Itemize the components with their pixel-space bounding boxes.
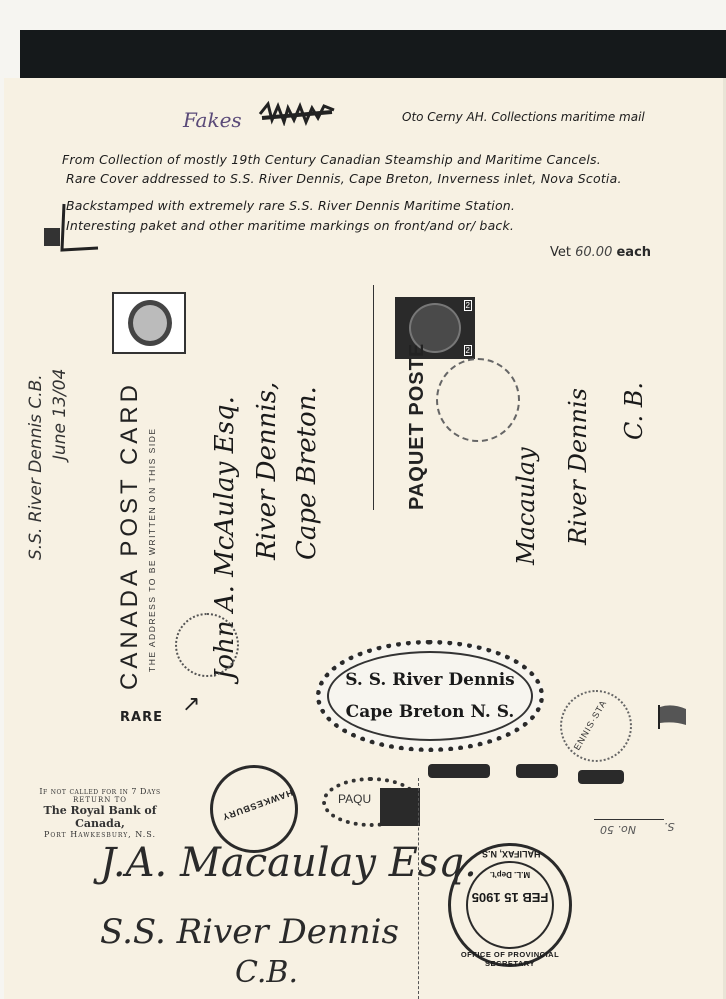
bank-line-1: If not called for in 7 Days	[20, 787, 180, 796]
arrow-icon: ↗	[182, 692, 200, 717]
redaction-bar	[516, 764, 558, 778]
price-prefix: Vet	[550, 245, 571, 260]
cover-stamp-partial	[380, 788, 420, 826]
side-note-date: June 13/04	[50, 369, 70, 460]
cachet-line-2: Cape Breton N. S.	[346, 702, 515, 722]
paquet-address-line-3: C. B.	[620, 382, 648, 440]
cover-edge	[418, 778, 420, 999]
scribbled-out-text-icon	[258, 100, 336, 126]
signature-line-1: J.A. Macaulay Esq.	[100, 840, 477, 886]
collection-note: Oto Cerny AH. Collections maritime mail	[402, 110, 645, 124]
bracket-mark-icon	[42, 200, 102, 256]
price-note: Vet 60.00 each	[550, 245, 651, 260]
cover-fold-line	[373, 285, 374, 510]
postcard-address-line-2: River Dennis,	[252, 382, 282, 560]
flag-icon	[656, 703, 688, 731]
river-dennis-cancel	[175, 613, 239, 677]
postcard-address-line-3: Cape Breton.	[292, 386, 322, 560]
redaction-bar	[578, 770, 624, 784]
paquet-address-line-1: Macaulay	[512, 447, 540, 565]
bank-line-3: The Royal Bank of Canada,	[20, 804, 180, 830]
description-line-3: Backstamped with extremely rare S.S. Riv…	[66, 198, 515, 213]
cachet-line-1: S. S. River Dennis	[345, 670, 514, 690]
upside-s: S.	[664, 820, 674, 833]
signature-line-2: S.S. River Dennis	[100, 912, 399, 952]
bank-line-2: RETURN TO	[20, 796, 180, 804]
side-note-ship: S.S. River Dennis C.B.	[26, 374, 46, 560]
bank-return-address: If not called for in 7 Days RETURN TO Th…	[20, 787, 180, 839]
paquet-small-text: PAQU	[338, 792, 371, 806]
fakes-label: Fakes	[183, 108, 242, 132]
price-suffix: each	[616, 245, 651, 260]
description-line-2: Rare Cover addressed to S.S. River Denni…	[66, 171, 622, 186]
seal-date: FEB 15 1905	[462, 890, 558, 905]
seal-ring-top: HALIFAX, N.S.	[474, 849, 546, 859]
divider-line	[594, 819, 664, 820]
postcard-subtitle: THE ADDRESS TO BE WRITTEN ON THIS SIDE	[147, 427, 157, 672]
postcard-title: CANADA POST CARD	[116, 381, 144, 690]
price-amount: 60.00	[575, 245, 612, 260]
upside-note: No. 50	[600, 823, 636, 836]
seal-dept: M.L. Dep't.	[462, 870, 558, 879]
signature-line-3: C.B.	[235, 955, 298, 990]
rare-label: RARE	[120, 710, 163, 725]
stamp-value-top: 2	[464, 300, 472, 311]
bank-line-4: Port Hawkesbury, N.S.	[20, 830, 180, 839]
paquet-cancel	[436, 358, 520, 442]
stamp-value-bottom: 2	[464, 345, 472, 356]
postcard-stamp	[112, 292, 186, 354]
queen-portrait-icon	[128, 300, 172, 346]
redaction-bar	[428, 764, 490, 778]
river-dennis-oval-cachet: S. S. River Dennis Cape Breton N. S.	[316, 640, 544, 752]
description-line-4: Interesting paket and other maritime mar…	[66, 218, 514, 233]
description-line-1: From Collection of mostly 19th Century C…	[62, 152, 601, 167]
maritime-station-cancel	[560, 690, 632, 762]
paquet-poste-label: PAQUET POSTE	[406, 343, 429, 510]
paquet-address-line-2: River Dennis	[564, 388, 592, 545]
seal-ring-bottom: OFFICE OF PROVINCIAL SECRETARY	[450, 950, 570, 968]
